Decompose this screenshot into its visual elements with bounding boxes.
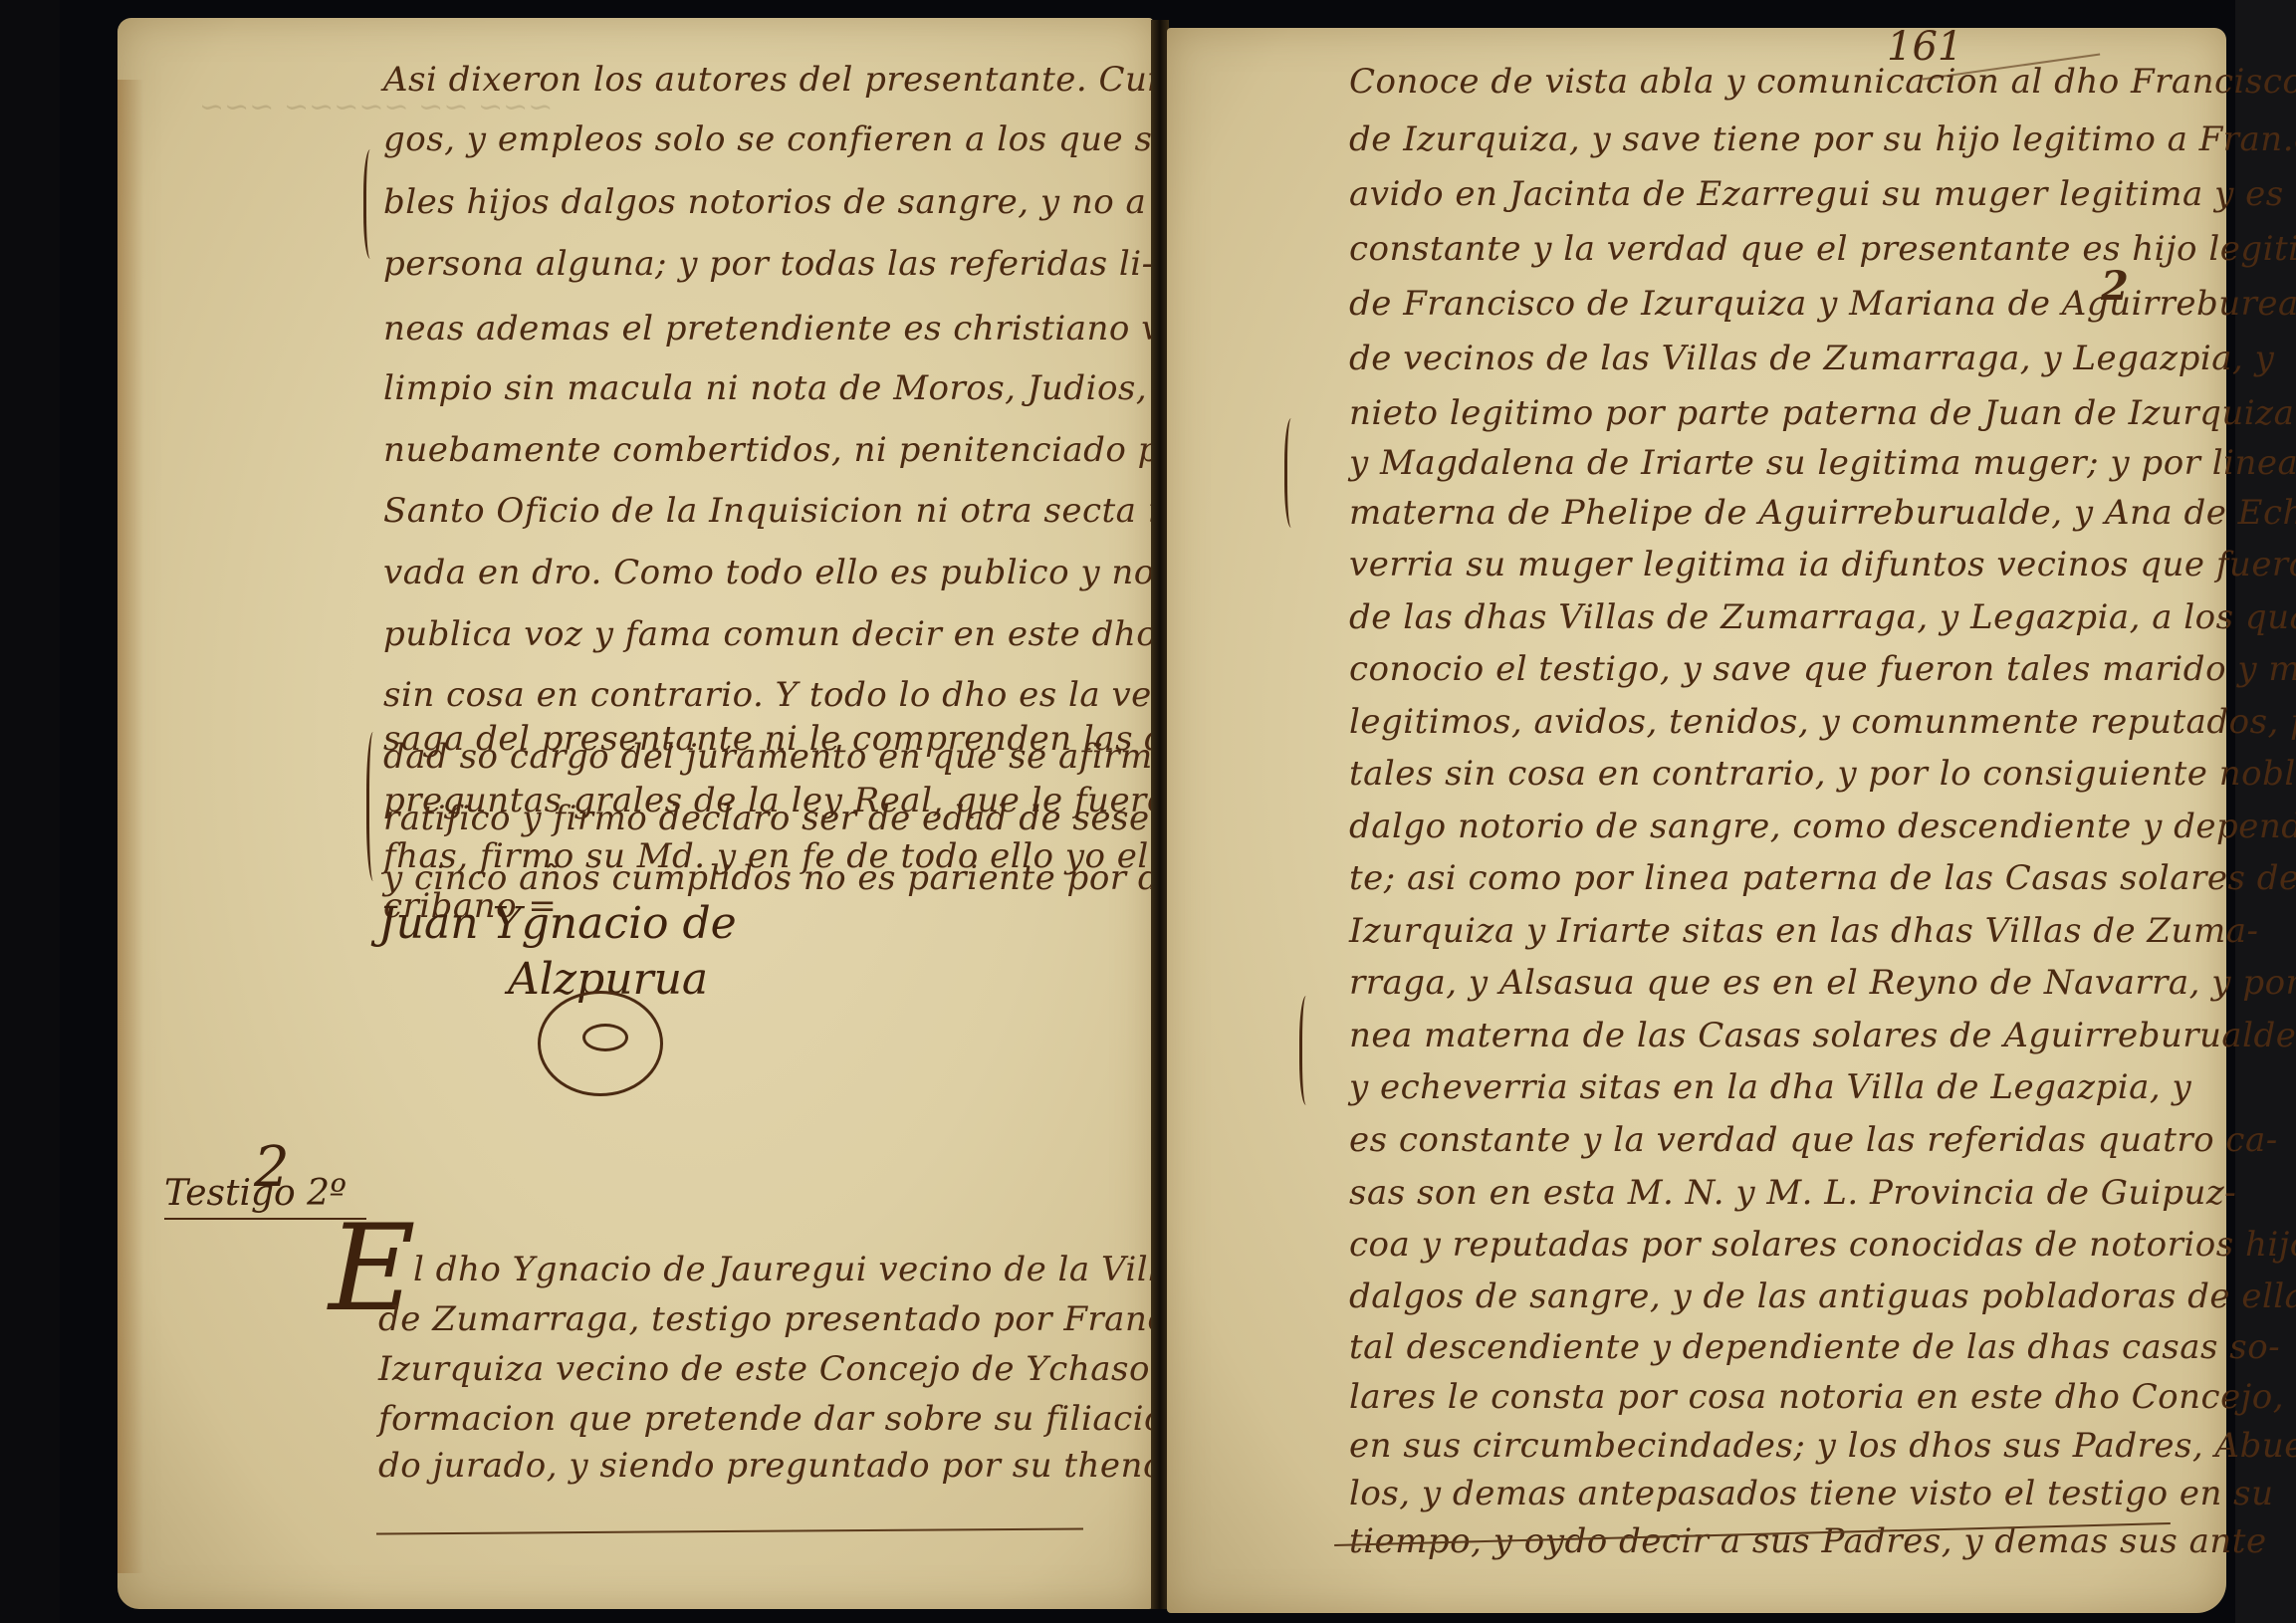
text-line: tal descendiente y dependiente de las dh… (1349, 1327, 2280, 1367)
text-line: de vecinos de las Villas de Zumarraga, y… (1349, 339, 2274, 378)
text-line: de las dhas Villas de Zumarraga, y Legaz… (1349, 597, 2296, 637)
text-line: verria su muger legitima ia difuntos vec… (1349, 545, 2296, 584)
text-line: de Izurquiza, y save tiene por su hijo l… (1349, 119, 2296, 159)
text-line: lares le consta por cosa notoria en este… (1349, 1377, 2296, 1417)
text-line: rraga, y Alsasua que es en el Reyno de N… (1349, 963, 2296, 1003)
text-line: en sus circumbecindades; y los dhos sus … (1349, 1426, 2296, 1466)
left-page-edge-stain (117, 80, 143, 1573)
text-line: dalgos de sangre, y de las antiguas pobl… (1349, 1276, 2296, 1316)
text-line: y Magdalena de Iriarte su legitima muger… (1349, 443, 2296, 483)
text-line: nea materna de las Casas solares de Agui… (1349, 1016, 2296, 1055)
signature: Juan Ygnacio de Alzpurua (378, 896, 737, 1008)
text-line: gos, y empleos solo se confieren a los q… (383, 119, 1262, 159)
text-line: los, y demas antepasados tiene visto el … (1349, 1474, 2274, 1513)
text-line: persona alguna; y por todas las referida… (383, 244, 1154, 284)
text-line: legitimos, avidos, tenidos, y comunmente… (1349, 702, 2296, 742)
text-line: avido en Jacinta de Ezarregui su muger l… (1349, 174, 2284, 214)
text-line: dalgo notorio de sangre, como descendien… (1349, 807, 2296, 846)
testimony-line: l dho Ygnacio de Jauregui vecino de la V… (413, 1250, 1180, 1289)
text-line: materna de Phelipe de Aguirreburualde, y… (1349, 493, 2296, 533)
text-line: sas son en esta M. N. y M. L. Provincia … (1349, 1173, 2236, 1213)
margin-flourish (366, 732, 383, 881)
text-line: Conoce de vista abla y comunicacion al d… (1349, 62, 2296, 102)
signature-surname: Alzpurua (378, 952, 737, 1008)
text-line: neas ademas el pretendiente es christian… (383, 309, 1225, 348)
text-line: Asi dixeron los autores del presentante.… (383, 60, 1277, 100)
text-line: es constante y la verdad que las referid… (1349, 1120, 2278, 1160)
signature-rubric-loop (582, 1024, 628, 1051)
text-line: sin cosa en contrario. Y todo lo dho es … (383, 675, 1181, 715)
text-line: preguntas grales de la ley Real, que le … (383, 781, 1190, 820)
text-line: saga del presentante ni le comprenden la… (383, 719, 1259, 759)
margin-flourish (363, 149, 380, 259)
margin-flourish (1299, 996, 1316, 1105)
text-line: vada en dro. Como todo ello es publico y… (383, 553, 1239, 592)
text-line: fhas, firmo su Md. y en fe de todo ello … (383, 836, 1215, 876)
text-line: nuebamente combertidos, ni penitenciado … (383, 430, 1241, 470)
text-line: bles hijos dalgos notorios de sangre, y … (383, 182, 1230, 222)
text-line: coa y reputadas por solares conocidas de… (1349, 1225, 2296, 1265)
text-line: tales sin cosa en contrario, y por lo co… (1349, 754, 2296, 794)
text-line: Santo Oficio de la Inquisicion ni otra s… (383, 491, 1257, 531)
text-line: Izurquiza y Iriarte sitas en las dhas Vi… (1349, 911, 2258, 951)
text-line: limpio sin macula ni nota de Moros, Judi… (383, 368, 1147, 408)
text-line: nieto legitimo por parte paterna de Juan… (1349, 393, 2294, 433)
signature-name: Juan Ygnacio de (378, 896, 737, 952)
text-line: constante y la verdad que el presentante… (1349, 229, 2296, 269)
text-line: te; asi como por linea paterna de las Ca… (1349, 858, 2296, 898)
text-line: de Francisco de Izurquiza y Mariana de A… (1349, 284, 2296, 324)
margin-flourish (1284, 418, 1301, 528)
text-line: conocio el testigo, y save que fueron ta… (1349, 649, 2296, 689)
text-line: y echeverria sitas en la dha Villa de Le… (1349, 1067, 2191, 1107)
